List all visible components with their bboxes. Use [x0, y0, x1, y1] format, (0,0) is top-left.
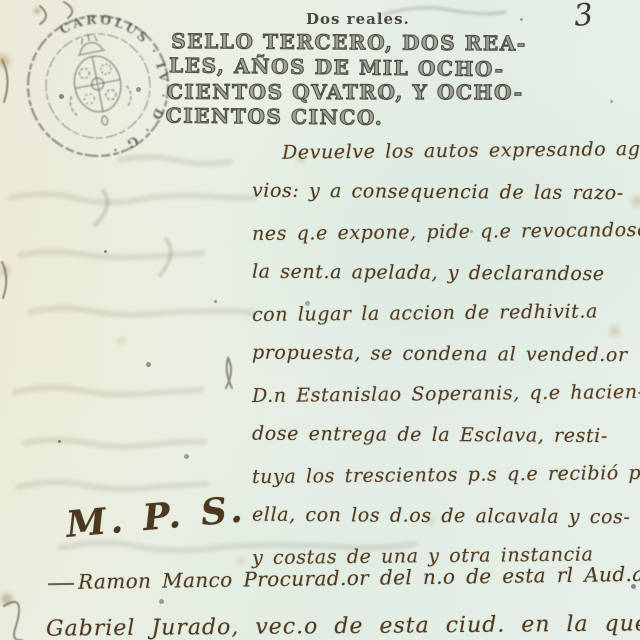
ink-mark: [4, 602, 22, 640]
heading-line: CIENTOS QVATRO, Y OCHO-: [167, 80, 467, 106]
ghost-squiggle: [25, 440, 204, 447]
manuscript-line: Devuelve los autos expresando agra-: [252, 129, 640, 174]
manuscript-line: D.n Estanislao Soperanis, q.e hacien-: [252, 372, 640, 417]
manuscript-line: propuesta, se condena al vended.or: [252, 332, 640, 375]
ink-speck-layer: [0, 0, 3, 3]
heading-line: CIENTOS CINCO.: [166, 103, 466, 131]
footer-line-clipped: Gabriel Jurado, vec.o de esta ciud. en l…: [46, 611, 640, 640]
page-number: 3: [572, 0, 595, 34]
coat-of-arms: [58, 28, 136, 131]
manuscript-line: nes q.e expone, pide q.e revocandose: [252, 210, 640, 255]
ghost-squiggle: [20, 252, 202, 258]
ghost-squiggle: [10, 194, 254, 203]
manuscript-line: con lugar la accion de redhivit.a: [252, 291, 640, 336]
fee-label: Dos reales.: [306, 10, 410, 28]
heading-line: SELLO TERCERO, DOS REA-: [171, 29, 471, 56]
heading-line: LES, AÑOS DE MIL OCHO-: [169, 53, 469, 82]
manuscript-line: tuya los trescientos p.s q.e recibió p.r: [252, 453, 640, 498]
ink-mark: [226, 358, 232, 388]
manuscript-page: CAROLUS · IV · D · G · Dos reales. 3 SEL…: [0, 0, 640, 640]
printed-sello-heading: SELLO TERCERO, DOS REA- LES, AÑOS DE MIL…: [171, 29, 472, 131]
ghost-squiggle: [30, 308, 254, 315]
manuscript-body: Devuelve los autos expresando agra- vios…: [252, 131, 640, 577]
manuscript-line: la sent.a apelada, y declarandose: [252, 251, 640, 294]
ghost-squiggle: [95, 191, 108, 225]
manuscript-line: dose entrega de la Esclava, resti-: [252, 413, 640, 456]
manuscript-line: vios: y a consequencia de las razo-: [252, 170, 640, 213]
manuscript-line: ella, con los d.os de alcavala y cos-: [252, 494, 640, 537]
ghost-squiggle: [18, 482, 206, 489]
ghost-squiggle: [15, 387, 201, 394]
ink-mark: [2, 262, 6, 298]
